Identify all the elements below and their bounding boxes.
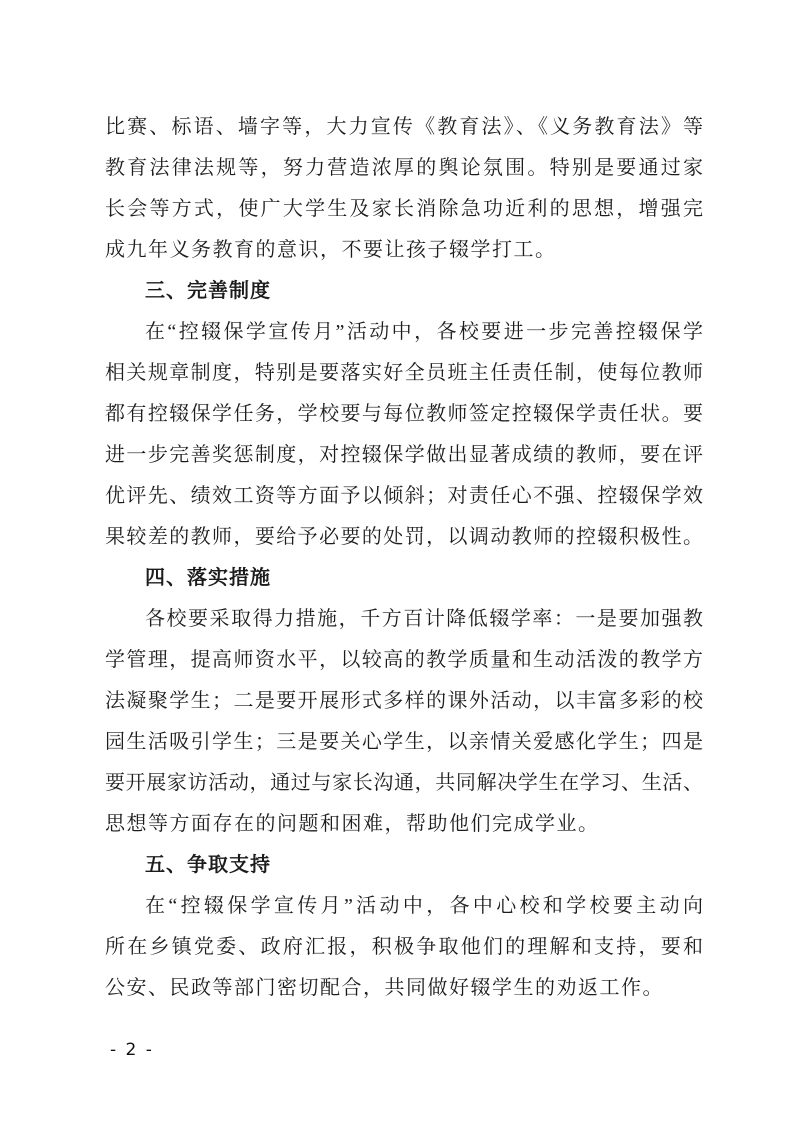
document-page: 比赛、标语、墙字等，大力宣传《教育法》、《义务教育法》等 教育法律法规等，努力营… [0,0,793,1122]
section-heading-4: 四、落实措施 [105,558,703,599]
text-line: 长会等方式，使广大学生及家长消除急功近利的思想，增强完 [105,189,703,230]
text-line: 都有控辍保学任务，学校要与每位教师签定控辍保学责任状。要 [105,394,703,435]
text-line: 相关规章制度，特别是要落实好全员班主任责任制，使每位教师 [105,353,703,394]
text-line: 思想等方面存在的问题和困难，帮助他们完成学业。 [105,804,703,845]
section-heading-5: 五、争取支持 [105,845,703,886]
text-line: 园生活吸引学生；三是要关心学生，以亲情关爱感化学生；四是 [105,722,703,763]
text-line: 教育法律法规等，努力营造浓厚的舆论氛围。特别是要通过家 [105,148,703,189]
page-body: 比赛、标语、墙字等，大力宣传《教育法》、《义务教育法》等 教育法律法规等，努力营… [105,107,703,1009]
text-line: 所在乡镇党委、政府汇报，积极争取他们的理解和支持，要和 [105,927,703,968]
text-line: 优评先、绩效工资等方面予以倾斜；对责任心不强、控辍保学效 [105,476,703,517]
text-line: 成九年义务教育的意识，不要让孩子辍学打工。 [105,230,703,271]
text-line: 果较差的教师，要给予必要的处罚，以调动教师的控辍积极性。 [105,517,703,558]
text-line: 公安、民政等部门密切配合，共同做好辍学生的劝返工作。 [105,968,703,1009]
text-line: 在“控辍保学宣传月”活动中，各校要进一步完善控辍保学 [105,312,703,353]
text-line: 要开展家访活动，通过与家长沟通，共同解决学生在学习、生活、 [105,763,703,804]
text-line: 学管理，提高师资水平，以较高的教学质量和生动活泼的教学方 [105,640,703,681]
page-number: - 2 - [110,1040,154,1060]
section-heading-3: 三、完善制度 [105,271,703,312]
text-line: 在“控辍保学宣传月”活动中，各中心校和学校要主动向 [105,886,703,927]
text-line: 各校要采取得力措施，千方百计降低辍学率：一是要加强教 [105,599,703,640]
text-line: 进一步完善奖惩制度，对控辍保学做出显著成绩的教师，要在评 [105,435,703,476]
text-line: 比赛、标语、墙字等，大力宣传《教育法》、《义务教育法》等 [105,107,703,148]
text-line: 法凝聚学生；二是要开展形式多样的课外活动，以丰富多彩的校 [105,681,703,722]
